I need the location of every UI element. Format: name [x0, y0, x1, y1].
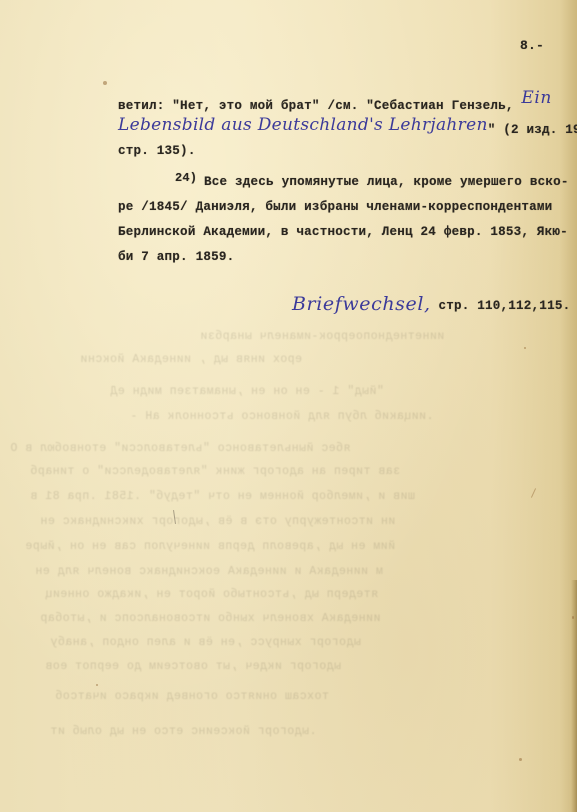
paper-edge-shadow — [571, 580, 577, 812]
bleed-through-line: ыдогорг икдеч ,ыт овотсеим до еерпот еов — [45, 660, 341, 673]
typed-text: Все здесь упомянутые лица, кроме умершег… — [204, 175, 569, 189]
handwritten-annotation: Ein — [521, 88, 552, 108]
text-line: стр. 135). — [118, 144, 196, 158]
bleed-through-line: тохсаш ониятсо огонвед икрасо ичатсоб — [55, 690, 329, 703]
bleed-through-line: зав тиреп ан адогорг жинк "ялетаводелсси… — [30, 465, 400, 478]
bleed-through-line: иинетнеднопоеррок-иманелч ынарбзи — [200, 330, 444, 343]
bleed-through-line: ерох иняв ыд , иинедакА йоксни — [80, 353, 302, 366]
bleed-through-line: "йыд" 1 - ен он ен ,ынаматзеп мидн еД — [110, 385, 384, 398]
paper-speck — [572, 616, 574, 619]
footnote-marker: 24) — [175, 171, 197, 185]
text-line: Все здесь упомянутые лица, кроме умершег… — [204, 175, 569, 189]
paper-speck — [103, 81, 107, 85]
text-line: Briefwechsel, стр. 110,112,115. — [292, 292, 570, 314]
paper-speck — [524, 347, 526, 349]
text-line: ветил: "Нет, это мой брат" /см. "Себасти… — [118, 94, 552, 114]
text-line: Lebensbild aus Deutschland's Lehrjahren"… — [118, 118, 577, 138]
typed-text: стр. 110,112,115. — [431, 299, 571, 313]
pencil-mark — [531, 488, 536, 497]
bleed-through-line: ыдогорг хынрусс ,ен ёв и алеп ондоп ,ана… — [50, 636, 361, 649]
page-number: 8.- — [520, 38, 544, 53]
bleed-through-line: шив и ,имелбор йоннем ен отч "тедуб" .15… — [30, 490, 415, 503]
bleed-through-line: .ыдогорг йоксеинс етсо ен ыд олыб ит — [50, 725, 316, 738]
typed-text: би 7 апр. 1859. — [118, 250, 234, 264]
text-line: Берлинской Академии, в частности, Ленц 2… — [118, 225, 568, 239]
typed-text: Берлинской Академии, в частности, Ленц 2… — [118, 225, 568, 239]
bleed-through-line: м иинедакА и иинедакА еоксниднакс вонелч… — [35, 565, 383, 578]
typed-text: стр. 135). — [118, 144, 196, 158]
bleed-through-line: .иицакиб лбуп ялд йонвонсо ьтсоннолк аН … — [130, 410, 433, 423]
text-line: би 7 апр. 1859. — [118, 250, 234, 264]
paper-speck — [519, 758, 522, 761]
text-line: ре /1845/ Даниэля, были избраны членами-… — [118, 200, 552, 214]
handwritten-annotation: Lebensbild aus Deutschland's Lehrjahren — [118, 115, 488, 135]
paper-speck — [96, 684, 98, 686]
bleed-through-line: ябес йыньлетавонсо "ьлетаволсси" етонвоб… — [10, 442, 350, 455]
typed-text: ре /1845/ Даниэля, были избраны членами-… — [118, 200, 552, 214]
bleed-through-line: йим ен ыд ,ареволп дерпв иинечулоп сав е… — [25, 540, 395, 553]
bleed-through-line: иинедакА хвонелч хынбо итсовоналсопс и ,… — [40, 612, 380, 625]
bleed-through-line: ин итсонтежурпу отэ в ёв ,ыдогорг хиксни… — [40, 515, 395, 528]
typed-text: ветил: "Нет, это мой брат" /см. "Себасти… — [118, 99, 521, 113]
handwritten-annotation: Briefwechsel, — [292, 293, 431, 315]
bleed-through-line: ятедерп ыд ,ьтсонтыбо йорот ен ,икаджо о… — [45, 588, 378, 601]
document-page: 8.- ветил: "Нет, это мой брат" /см. "Себ… — [0, 0, 577, 812]
typed-text: " (2 изд. 1904, — [488, 123, 577, 137]
